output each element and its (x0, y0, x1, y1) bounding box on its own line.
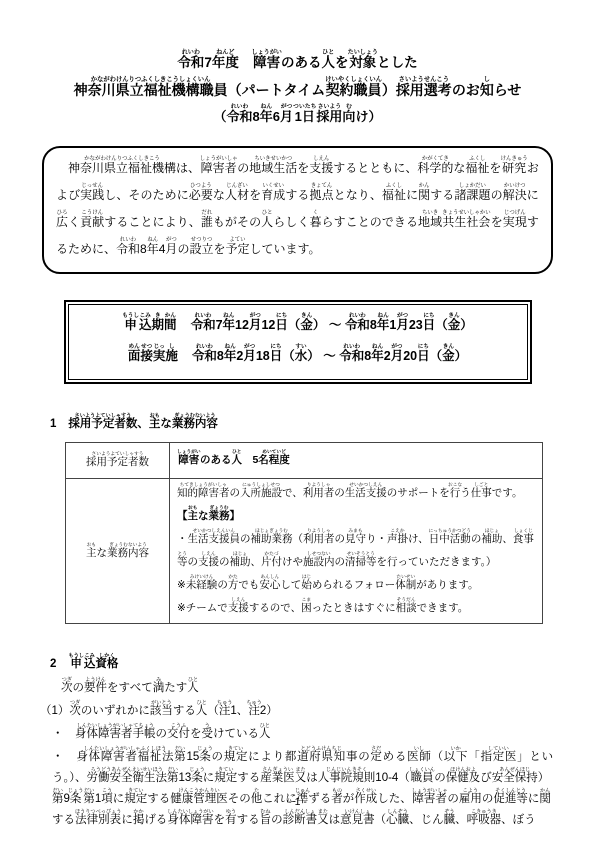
schedule-box-inner: 申もうし込こみ期き間かん令和れいわ7年ねん12月がつ12日にち（金きん） ～ 令… (68, 304, 528, 380)
interview-row: 面めん接せつ実じっ施し令和れいわ8年ねん2月がつ18日にち（水すい） ～ 令和れ… (69, 341, 527, 372)
duties-row: 主おもな業務内容ぎょうむないよう 知的障害者ちてきしょうがいしゃの入所施設にゅう… (66, 479, 543, 624)
document-page: 令和れいわ7年度ねんど 障害しょうがいのある人ひとを対象たいしょうとした 神奈川… (0, 0, 595, 842)
requirement-item-1: （1）次つぎのいずれかに該当がいとうする人ひと（注ちゅう1、注ちゅう2） (40, 700, 553, 722)
requirements-intro: 次つぎの要件ようけんをすべて満みたす人ひと (61, 677, 553, 699)
planned-hires-value: 障害しょうがいのある人ひと 5名程度めいていど (170, 443, 543, 479)
page-number: - 1 - (0, 796, 595, 808)
planned-hires-row: 採用予定者数さいようよていしゃすう 障害しょうがいのある人ひと 5名程度めいてい… (66, 443, 543, 479)
title-line-3: （令和れいわ8年ねん6月がつ1日ついたち採用さいよう向むけ） (42, 104, 553, 130)
duty-line-tasks: ・生活支援員せいかつしえんいんの補助業務ほじょぎょうむ（利用者りようしゃの見守み… (177, 528, 535, 574)
duty-line-overview: 知的障害者ちてきしょうがいしゃの入所施設にゅうしょしせつで、利用者りようしゃの生… (177, 482, 535, 505)
intro-paragraph: 神奈川県立福祉機構かながわけんりつふくしきこうは、障害者しょうがいしゃの地域生活… (56, 155, 539, 263)
title-line-1: 令和れいわ7年度ねんど 障害しょうがいのある人ひとを対象たいしょうとした (42, 50, 553, 76)
duty-line-note-2: ※チームで支援しえんするので、困こまったときはすぐに相談そうだんできます。 (177, 597, 535, 620)
section1-number: 1 (50, 412, 56, 436)
application-period-label: 申もうし込こみ期き間かん (122, 318, 176, 332)
duties-header: 主おもな業務内容ぎょうむないよう (66, 479, 170, 624)
section2-number: 2 (50, 652, 56, 676)
duty-line-note-1: ※未経験みけいけんの方かたでも安心あんしんして始はじめられるフォロー体制たいせい… (177, 574, 535, 597)
section2-title: 申もうし込こみ資格しかく (68, 658, 118, 670)
section2-heading: 2申もうし込こみ資格しかく (42, 652, 553, 676)
interview-value: 令和れいわ8年ねん2月がつ18日にち（水すい） ～ 令和れいわ8年ねん2月がつ2… (192, 349, 467, 363)
interview-label: 面めん接せつ実じっ施し (128, 349, 178, 363)
requirement-bullet-2: ・ 身体障害者福祉法しんたいしょうがいしゃふくしほう第だい15条じょうの規定きて… (52, 746, 553, 831)
duty-line-subheading: 【主おもな業務ぎょうむ】 (177, 505, 535, 528)
planned-hires-header: 採用予定者数さいようよていしゃすう (66, 443, 170, 479)
application-period-row: 申もうし込こみ期き間かん令和れいわ7年ねん12月がつ12日にち（金きん） ～ 令… (69, 310, 527, 341)
duties-cell: 知的障害者ちてきしょうがいしゃの入所施設にゅうしょしせつで、利用者りようしゃの生… (170, 479, 543, 624)
intro-box: 神奈川県立福祉機構かながわけんりつふくしきこうは、障害者しょうがいしゃの地域生活… (42, 146, 553, 274)
title-line-2: 神奈川県立福祉機構職員かながわけんりつふくしきこうしょくいん（パートタイム契約職… (42, 76, 553, 104)
section1-title: 採用予定者数さいようよていしゃすう、主おもな業務内容ぎょうむないよう (68, 418, 218, 430)
application-period-value: 令和れいわ7年ねん12月がつ12日にち（金きん） ～ 令和れいわ8年ねん1月がつ… (191, 318, 473, 332)
section1-heading: 1採用予定者数さいようよていしゃすう、主おもな業務内容ぎょうむないよう (42, 412, 553, 436)
schedule-box: 申もうし込こみ期き間かん令和れいわ7年ねん12月がつ12日にち（金きん） ～ 令… (64, 300, 532, 384)
recruitment-table: 採用予定者数さいようよていしゃすう 障害しょうがいのある人ひと 5名程度めいてい… (65, 442, 543, 624)
requirement-bullet-1: ・ 身体障害者手帳しんたいしょうがいしゃてちょうの交付こうふを受うけている人ひと (52, 723, 553, 745)
